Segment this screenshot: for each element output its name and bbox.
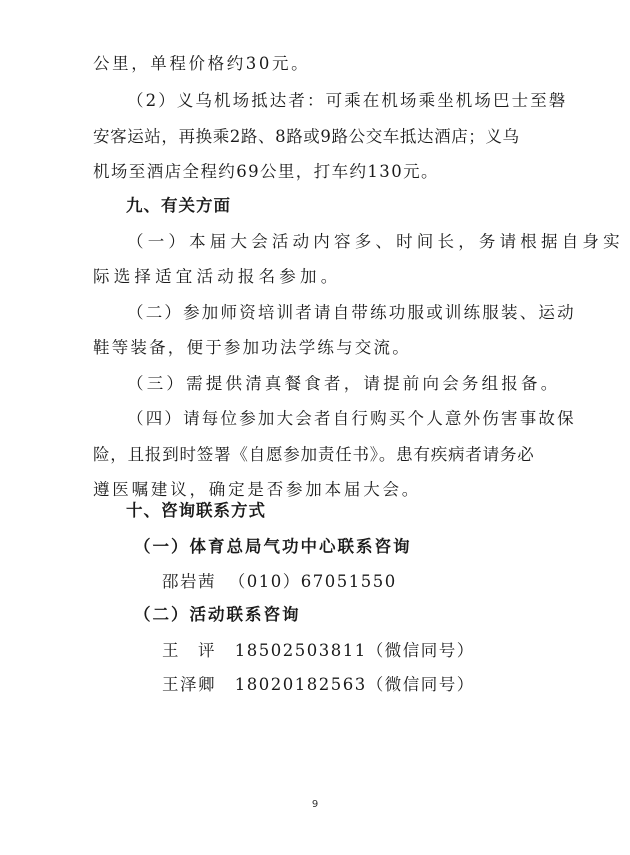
- paragraph-line: （三）需提供清真餐食者，请提前向会务组报备。: [127, 373, 563, 395]
- paragraph-line: 公里，单程价格约30元。: [93, 53, 529, 75]
- paragraph-line: （四）请每位参加大会者自行购买个人意外伤害事故保: [127, 408, 529, 430]
- section-heading: 九、有关方面: [126, 195, 562, 217]
- paragraph-line: 险，且报到时签署《自愿参加责任书》。患有疾病者请务必: [93, 444, 529, 466]
- page-number: 9: [0, 799, 630, 810]
- section-heading: 十、咨询联系方式: [126, 500, 562, 522]
- paragraph-line: 机场至酒店全程约69公里，打车约130元。: [93, 161, 529, 183]
- contact-phone: （010）67051550: [229, 571, 397, 593]
- paragraph-line: 安客运站，再换乘2路、8路或9路公交车抵达酒店；义乌: [93, 126, 529, 148]
- contact-row: 邵岩茜 （010）67051550: [162, 571, 598, 593]
- paragraph-line: （2）义乌机场抵达者：可乘在机场乘坐机场巴士至磐: [127, 90, 529, 112]
- paragraph-line: 遵医嘱建议，确定是否参加本届大会。: [93, 479, 529, 501]
- contact-name: 王泽卿: [162, 674, 216, 696]
- contact-name: 王 评: [162, 640, 216, 662]
- contact-name: 邵岩茜: [162, 571, 216, 593]
- paragraph-line: （一）本届大会活动内容多、时间长，务请根据自身实: [127, 231, 529, 253]
- paragraph-line: 鞋等装备，便于参加功法学练与交流。: [93, 337, 529, 359]
- contact-phone: 18020182563（微信同号）: [235, 674, 475, 696]
- document-page: 公里，单程价格约30元。 （2）义乌机场抵达者：可乘在机场乘坐机场巴士至磐 安客…: [0, 0, 630, 855]
- subsection-heading: （二）活动联系咨询: [134, 604, 570, 626]
- paragraph-line: 际选择适宜活动报名参加。: [93, 266, 529, 288]
- contact-row: 王 评 18502503811（微信同号）: [162, 640, 598, 662]
- contact-row: 王泽卿 18020182563（微信同号）: [162, 674, 598, 696]
- paragraph-line: （二）参加师资培训者请自带练功服或训练服装、运动: [127, 302, 529, 324]
- contact-phone: 18502503811（微信同号）: [235, 640, 475, 662]
- subsection-heading: （一）体育总局气功中心联系咨询: [134, 536, 570, 558]
